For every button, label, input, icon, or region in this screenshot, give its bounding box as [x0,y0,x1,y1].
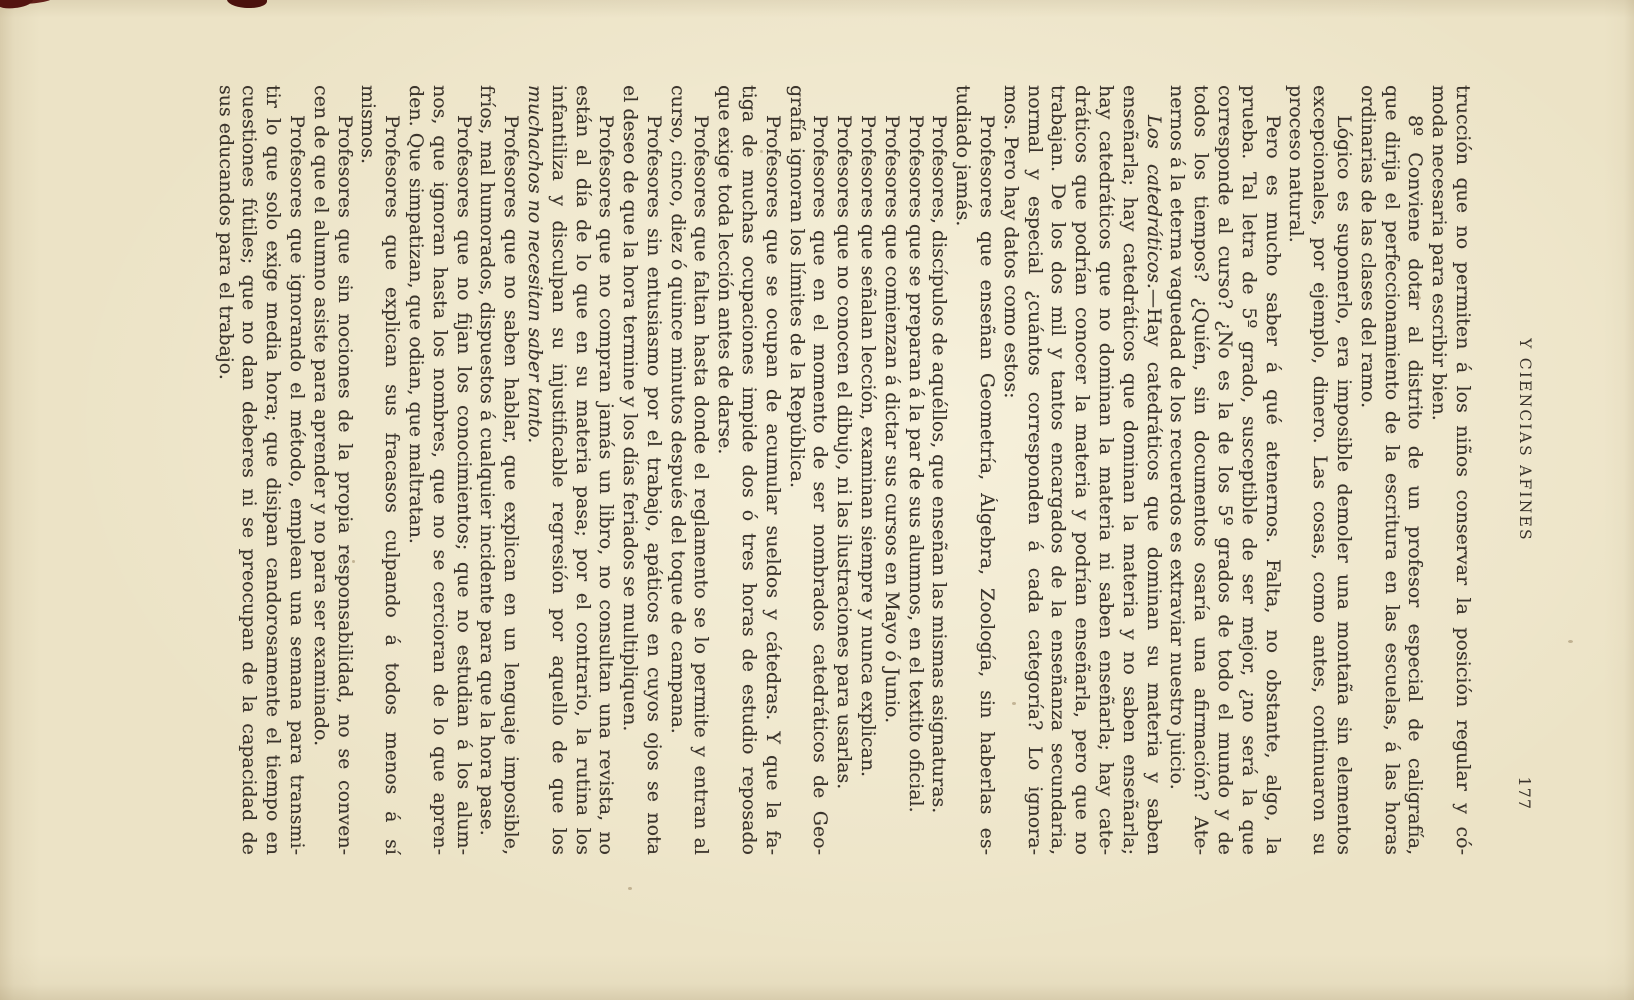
text-line: den. Que simpatizan, que odian, que malt… [403,85,427,855]
text-line: Pero es mucho saber á qué atenernos. Fal… [1260,85,1284,855]
text-line: tudiado jamás. [950,85,974,855]
text-line: Profesores que señalan lección, examinan… [855,85,879,855]
text-line: Profesores que ignorando el método, empl… [284,85,308,855]
text-line: nernos á la eterna vaguedad de los recue… [1165,85,1189,855]
text-line: corresponde al curso? ¿No es la de los 5… [1212,85,1236,855]
text-line: mismos. [356,85,380,855]
text-line: que dirija el perfeccionamiento de la es… [1379,85,1403,855]
scanned-page-background: Y CIENCIAS AFINES 177 trucción que no pe… [0,0,1634,1000]
text-line: grafía ignoran los límites de la Repúbli… [784,85,808,855]
text-line: cen de que el alumno asiste para aprende… [308,85,332,855]
text-line: Profesores que se ocupan de acumular sue… [760,85,784,855]
text-line: dráticos que podrían conocer la materia … [1069,85,1093,855]
text-line: están al día de lo que en su materia pas… [570,85,594,855]
text-line: Los catedráticos.—Hay catedráticos que d… [1141,85,1165,855]
text-line: trabajan. De los dos mil y tantos encarg… [1046,85,1070,855]
text-line: Profesores que enseñan Geometría, Álgebr… [974,85,998,855]
text-line: Profesores que explican sus fracasos cul… [379,85,403,855]
text-line: Profesores sin entusiasmo por el trabajo… [641,85,665,855]
text-line: enseñarla; hay catedráticos que dominan … [1117,85,1141,855]
text-line: Profesores que se preparan á la par de s… [903,85,927,855]
text-line: tiga de muchas ocupaciones impide dos ó … [736,85,760,855]
text-line: Profesores que no saben hablar, que expl… [498,85,522,855]
text-line: tir lo que solo exige media hora; que di… [260,85,284,855]
text-line: trucción que no permiten á los niños con… [1450,85,1474,855]
text-line: excepcionales, por ejemplo, dinero. Las … [1307,85,1331,855]
text-line: 8º Conviene dotar al distrito de un prof… [1403,85,1427,855]
text-line: curso, cinco, diez ó quince minutos desp… [665,85,689,855]
text-line: todos los tiempos? ¿Quién, sin documento… [1188,85,1212,855]
text-line: Profesores que no conocen el dibujo, ni … [831,85,855,855]
text-line: nos, que ignoran hasta los nombres, que … [427,85,451,855]
text-line: mos. Pero hay datos como estos: [998,85,1022,855]
text-block: trucción que no permiten á los niños con… [213,85,1474,855]
page-number: 177 [1515,776,1534,810]
running-header-title: Y CIENCIAS AFINES [1516,55,1534,825]
text-line: Profesores que en el momento de ser nomb… [808,85,832,855]
text-line: Profesores que faltan hasta donde el reg… [689,85,713,855]
text-line: sus educandos para el trabajo. [213,85,237,855]
book-page: Y CIENCIAS AFINES 177 trucción que no pe… [0,0,1634,1000]
text-line: proceso natural. [1284,85,1308,855]
running-header: Y CIENCIAS AFINES 177 [1512,85,1534,855]
text-line: infantiliza y disculpan su injustificabl… [546,85,570,855]
text-line: hay catedráticos que no dominan la mater… [1093,85,1117,855]
text-line: moda necesaria para escribir bien. [1426,85,1450,855]
italic-phrase: Los catedráticos. [1143,115,1165,289]
text-line: fríos, mal humorados, dispuestos á cualq… [475,85,499,855]
text-line: Profesores que sin nociones de la propia… [332,85,356,855]
text-line: prueba. Tal letra de 5º grado, susceptib… [1236,85,1260,855]
text-line: ordinarias de las clases del ramo. [1355,85,1379,855]
text-line: Profesores que no compran jamás un libro… [594,85,618,855]
text-line: Profesores, discípulos de aquéllos, que … [927,85,951,855]
text-line: Lógico es suponerlo, era imposible demol… [1331,85,1355,855]
text-line: muchachos no necesitan saber tanto. [522,85,546,855]
text-line: que exige toda lección antes de darse. [713,85,737,855]
text-line: el deseo de que la hora termine y los dí… [617,85,641,855]
text-line: normal y especial ¿cuántos corresponden … [1022,85,1046,855]
text-line: Profesores que comienzan á dictar sus cu… [879,85,903,855]
text-line: Profesores que no fijan los conocimiento… [451,85,475,855]
text-line: cuestiones fútiles; que no dan deberes n… [237,85,261,855]
